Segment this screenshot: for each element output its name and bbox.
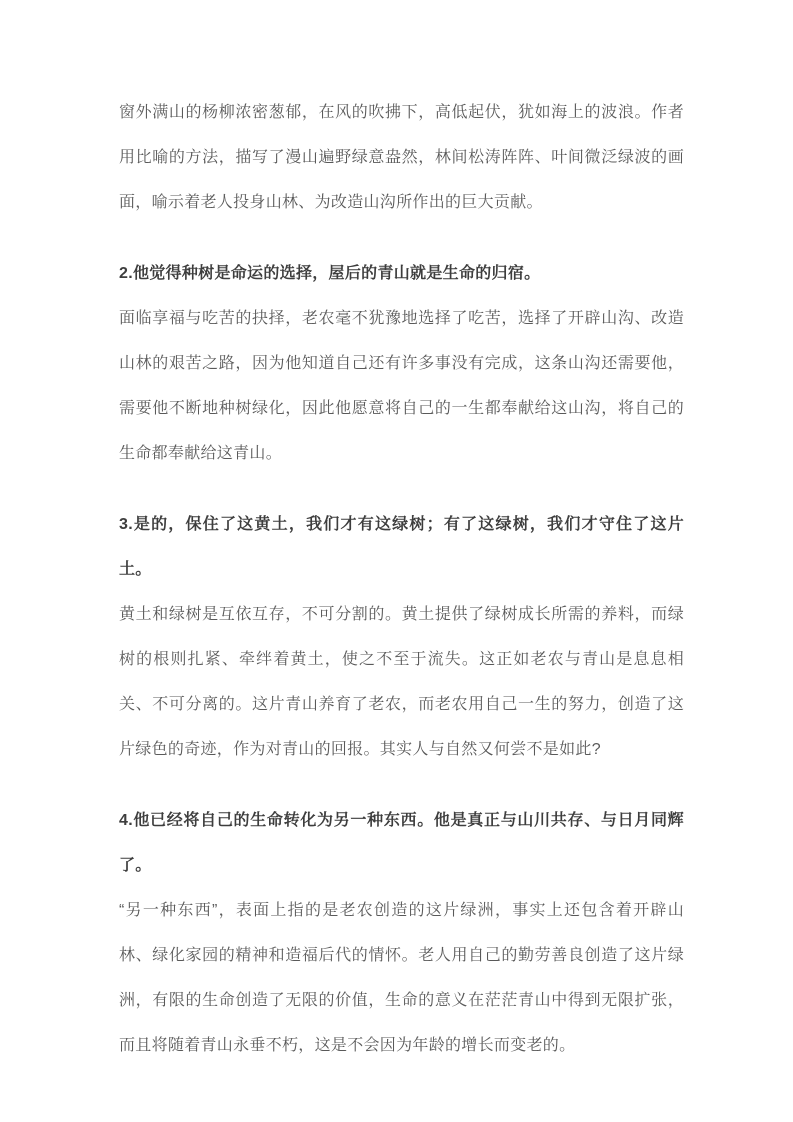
document-page: 窗外满山的杨柳浓密葱郁，在风的吹拂下，高低起伏，犹如海上的波浪。作者用比喻的方法… <box>0 0 793 1122</box>
section-3: 3.是的，保住了这黄土，我们才有这绿树；有了这绿树，我们才守住了这片土。 黄土和… <box>119 502 684 772</box>
section-4-body: “另一种东西”，表面上指的是老农创造的这片绿洲，事实上还包含着开辟山林、绿化家园… <box>119 888 684 1068</box>
section-3-body: 黄土和绿树是互依互存，不可分割的。黄土提供了绿树成长所需的养料，而绿树的根则扎紧… <box>119 592 684 772</box>
section-3-heading: 3.是的，保住了这黄土，我们才有这绿树；有了这绿树，我们才守住了这片土。 <box>119 502 684 592</box>
section-2: 2.他觉得种树是命运的选择，屋后的青山就是生命的归宿。 面临享福与吃苦的抉择，老… <box>119 251 684 476</box>
section-2-heading: 2.他觉得种树是命运的选择，屋后的青山就是生命的归宿。 <box>119 251 684 296</box>
document-content: 窗外满山的杨柳浓密葱郁，在风的吹拂下，高低起伏，犹如海上的波浪。作者用比喻的方法… <box>119 90 684 1068</box>
intro-paragraph: 窗外满山的杨柳浓密葱郁，在风的吹拂下，高低起伏，犹如海上的波浪。作者用比喻的方法… <box>119 90 684 225</box>
section-2-body: 面临享福与吃苦的抉择，老农毫不犹豫地选择了吃苦，选择了开辟山沟、改造山林的艰苦之… <box>119 296 684 476</box>
section-4: 4.他已经将自己的生命转化为另一种东西。他是真正与山川共存、与日月同辉了。 “另… <box>119 798 684 1068</box>
section-4-heading: 4.他已经将自己的生命转化为另一种东西。他是真正与山川共存、与日月同辉了。 <box>119 798 684 888</box>
